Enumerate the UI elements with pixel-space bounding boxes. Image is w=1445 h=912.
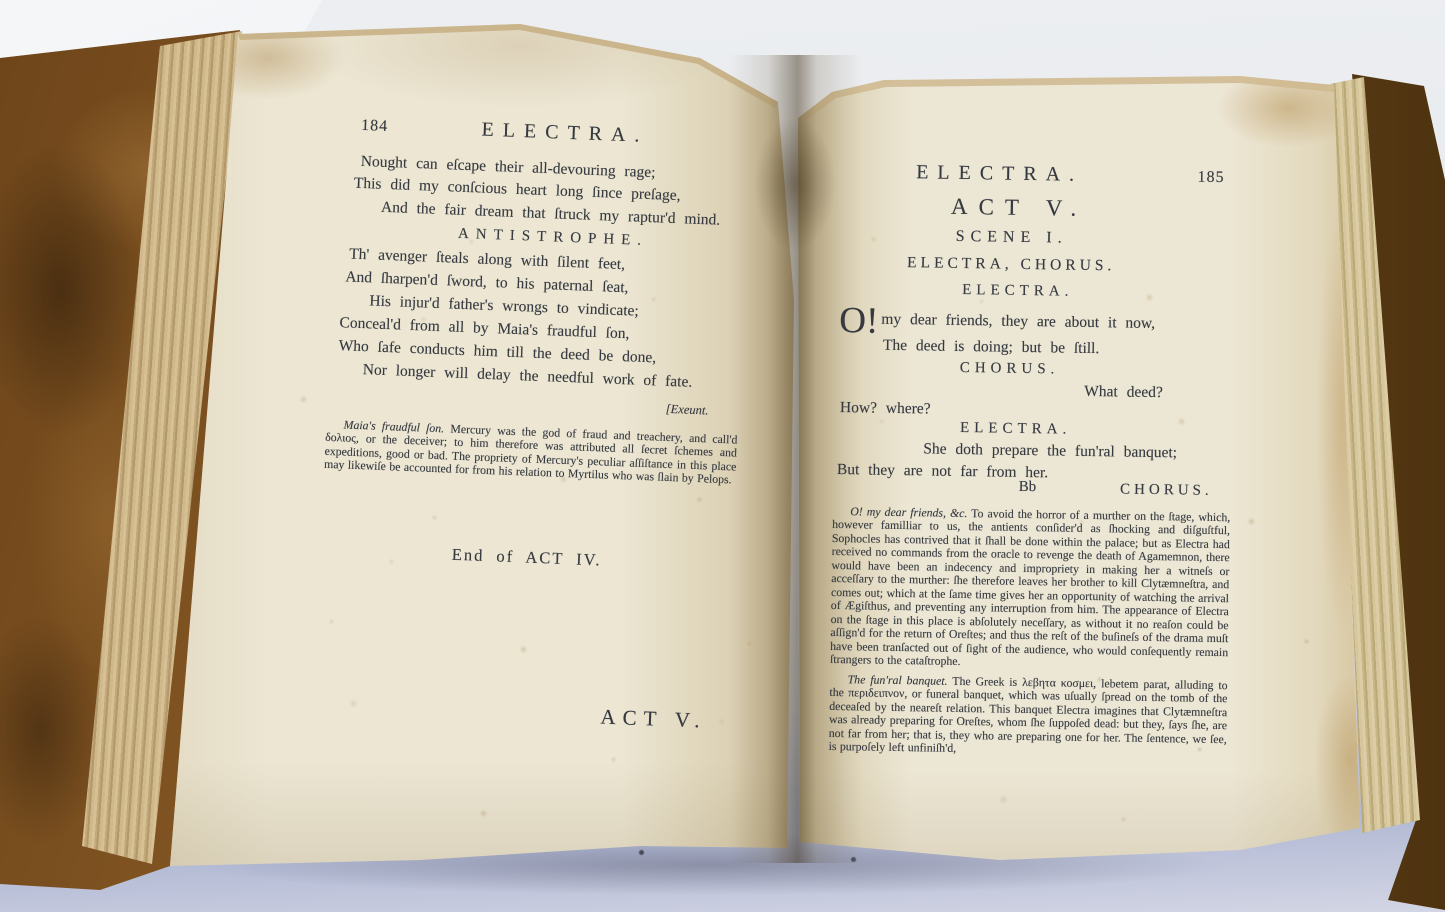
dialogue-line: But they are not far from her. <box>837 461 1048 482</box>
footnote-text: The Greek is λεβητα κοσμει, lebetem para… <box>829 674 1228 756</box>
signature-mark: Bb <box>1019 479 1037 496</box>
running-title-left: ELECTRA. <box>359 114 772 153</box>
speaker-label-electra: ELECTRA. <box>817 418 1215 441</box>
dialogue-line: She doth prepare the fun'ral banquet; <box>923 440 1177 462</box>
footnote-funral-banquet: The fun'ral banquet. The Greek is λεβητα… <box>829 673 1228 760</box>
catchword-left: ACT V. <box>600 705 707 734</box>
stage-direction-exeunt: [Exeunt. <box>666 402 709 419</box>
speaker-label-chorus: CHORUS. <box>810 358 1208 381</box>
dialogue-line: The deed is doing; but be ſtill. <box>883 337 1100 358</box>
drop-cap: O! <box>839 302 879 340</box>
dialogue-line: How? where? <box>840 399 931 418</box>
act-heading: ACT V. <box>820 192 1218 224</box>
dialogue-line: my dear friends, they are about it now, <box>881 311 1155 333</box>
left-page-text-block: 184 ELECTRA. Nought can eſcape their all… <box>312 104 750 799</box>
characters-heading: ELECTRA, CHORUS. <box>812 253 1210 277</box>
photo-of-open-book: 184 ELECTRA. Nought can eſcape their all… <box>0 0 1445 912</box>
scene-heading: SCENE I. <box>813 226 1211 250</box>
footnote-murther-on-stage: O! my dear friends, &c. To avoid the hor… <box>830 505 1230 673</box>
end-of-act-label: End of ACT IV. <box>320 540 732 576</box>
foxing-spots <box>0 0 3 3</box>
right-page-text-block: ELECTRA. 185 ACT V. SCENE I. ELECTRA, CH… <box>828 150 1236 796</box>
page-number-right: 185 <box>1197 169 1224 187</box>
catchword-right: CHORUS. <box>1120 481 1213 499</box>
running-title-right: ELECTRA. <box>800 159 1198 188</box>
footnote-maia: Maia's fraudful ſon. Mercury was the god… <box>324 418 738 488</box>
speaker-label-electra: ELECTRA. <box>819 280 1217 303</box>
footnote-text: To avoid the horror of a murther on the … <box>830 506 1230 668</box>
dialogue-line: What deed? <box>1084 383 1163 402</box>
